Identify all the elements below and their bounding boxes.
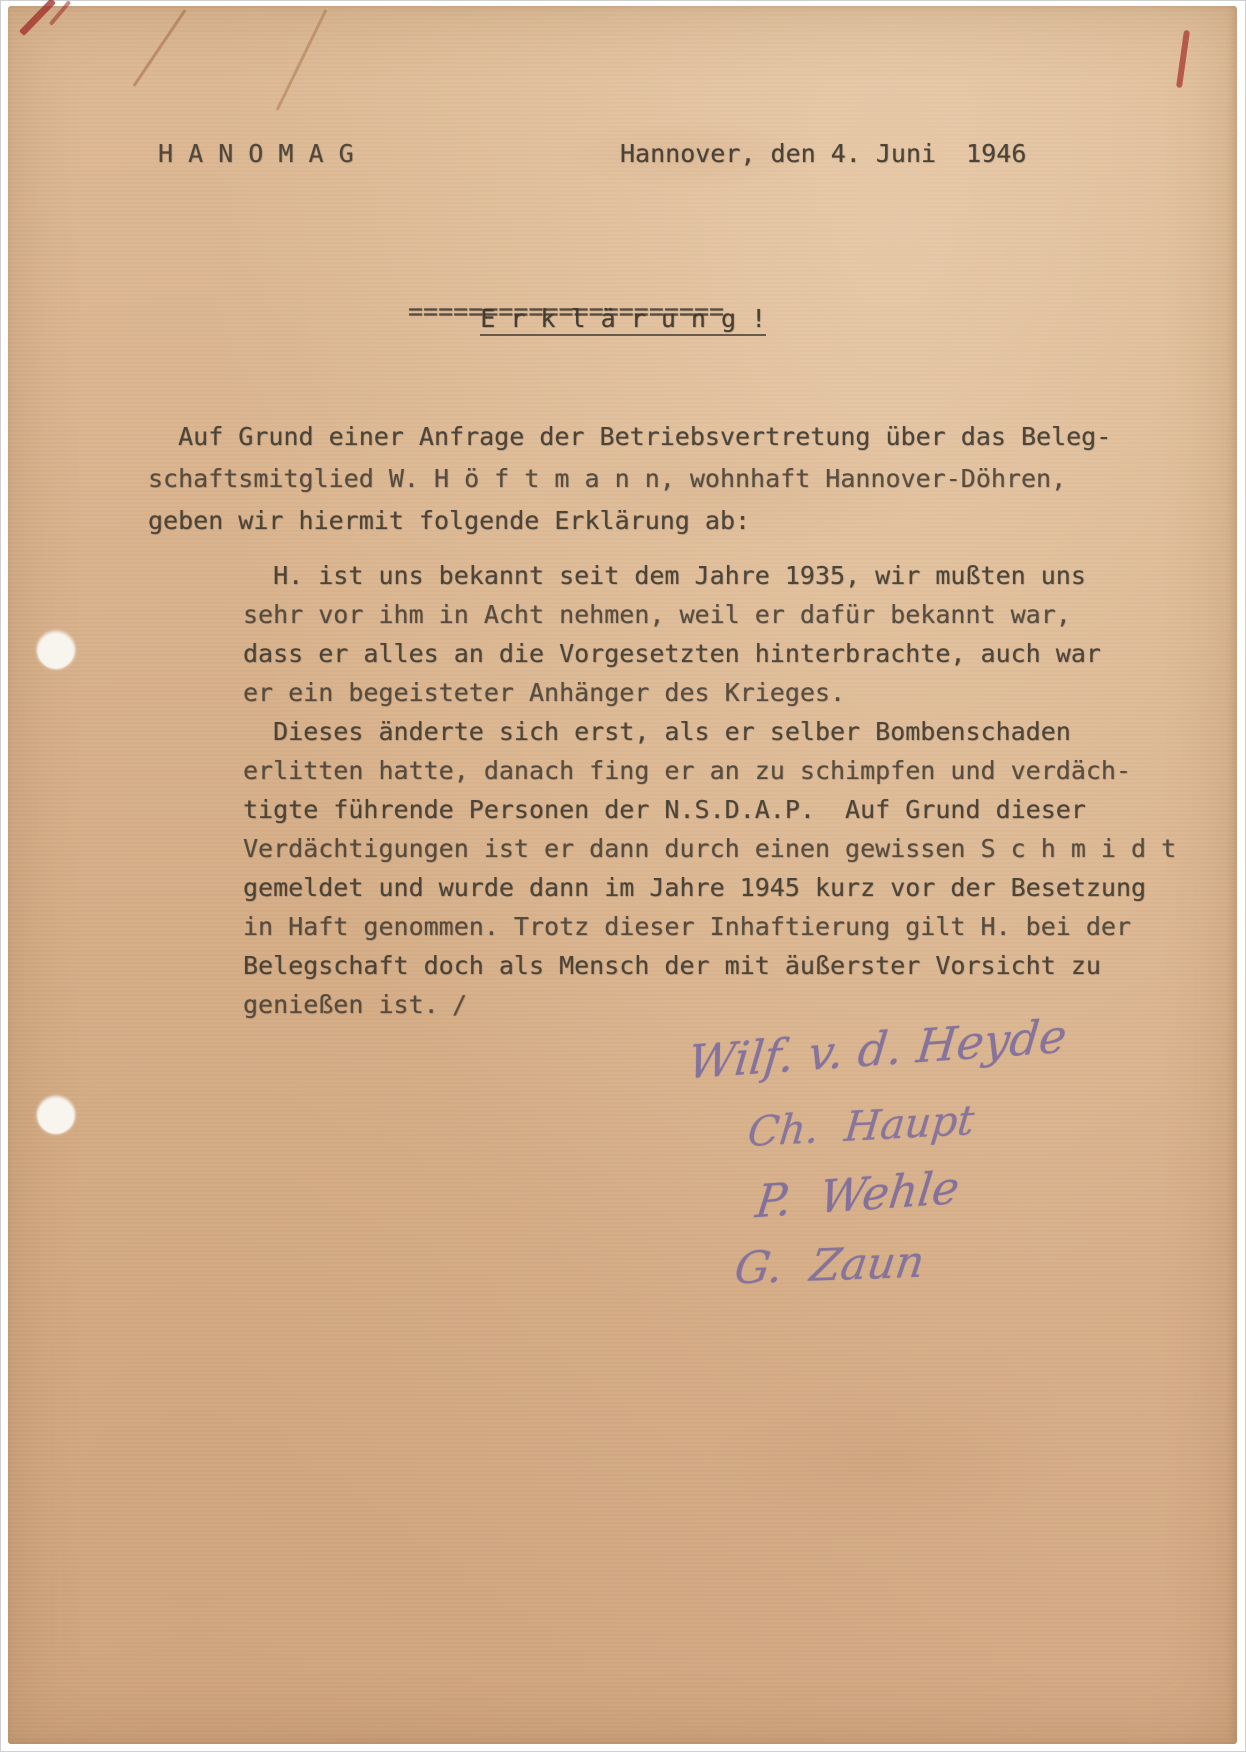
text-line: gemeldet und wurde dann im Jahre 1945 ku… — [243, 868, 1176, 907]
text-line: dass er alles an die Vorgesetzten hinter… — [243, 634, 1176, 673]
dateline: Hannover, den 4. Juni 1946 — [620, 139, 1026, 169]
company-name: H A N O M A G — [158, 139, 354, 169]
text-line: H. ist uns bekannt seit dem Jahre 1935, … — [243, 556, 1176, 595]
punch-hole-top — [37, 631, 75, 669]
text-line: Auf Grund einer Anfrage der Betriebsvert… — [148, 416, 1111, 458]
punch-hole-bottom — [37, 1096, 75, 1134]
title-underline: ===================== — [408, 297, 724, 327]
signature-zaun: G. Zaun — [731, 1237, 927, 1295]
text-line: tigte führende Personen der N.S.D.A.P. A… — [243, 790, 1176, 829]
text-line: schaftsmitglied W. H ö f t m a n n, wohn… — [148, 458, 1111, 500]
scanned-document: H A N O M A G Hannover, den 4. Juni 1946… — [0, 0, 1246, 1752]
text-line: Verdächtigungen ist er dann durch einen … — [243, 829, 1176, 868]
text-line: er ein begeisteter Anhänger des Krieges. — [243, 673, 1176, 712]
text-line: Dieses änderte sich erst, als er selber … — [243, 712, 1176, 751]
text-line: in Haft genommen. Trotz dieser Inhaftier… — [243, 907, 1176, 946]
statement-paragraph: H. ist uns bekannt seit dem Jahre 1935, … — [243, 556, 1176, 1024]
stray-pen-mark: / — [452, 990, 467, 1019]
intro-paragraph: Auf Grund einer Anfrage der Betriebsvert… — [148, 416, 1111, 542]
text-line: geben wir hiermit folgende Erklärung ab: — [148, 500, 1111, 542]
text-line: Belegschaft doch als Mensch der mit äuße… — [243, 946, 1176, 985]
text-line: sehr vor ihm in Acht nehmen, weil er daf… — [243, 595, 1176, 634]
text-line: erlitten hatte, danach fing er an zu sch… — [243, 751, 1176, 790]
